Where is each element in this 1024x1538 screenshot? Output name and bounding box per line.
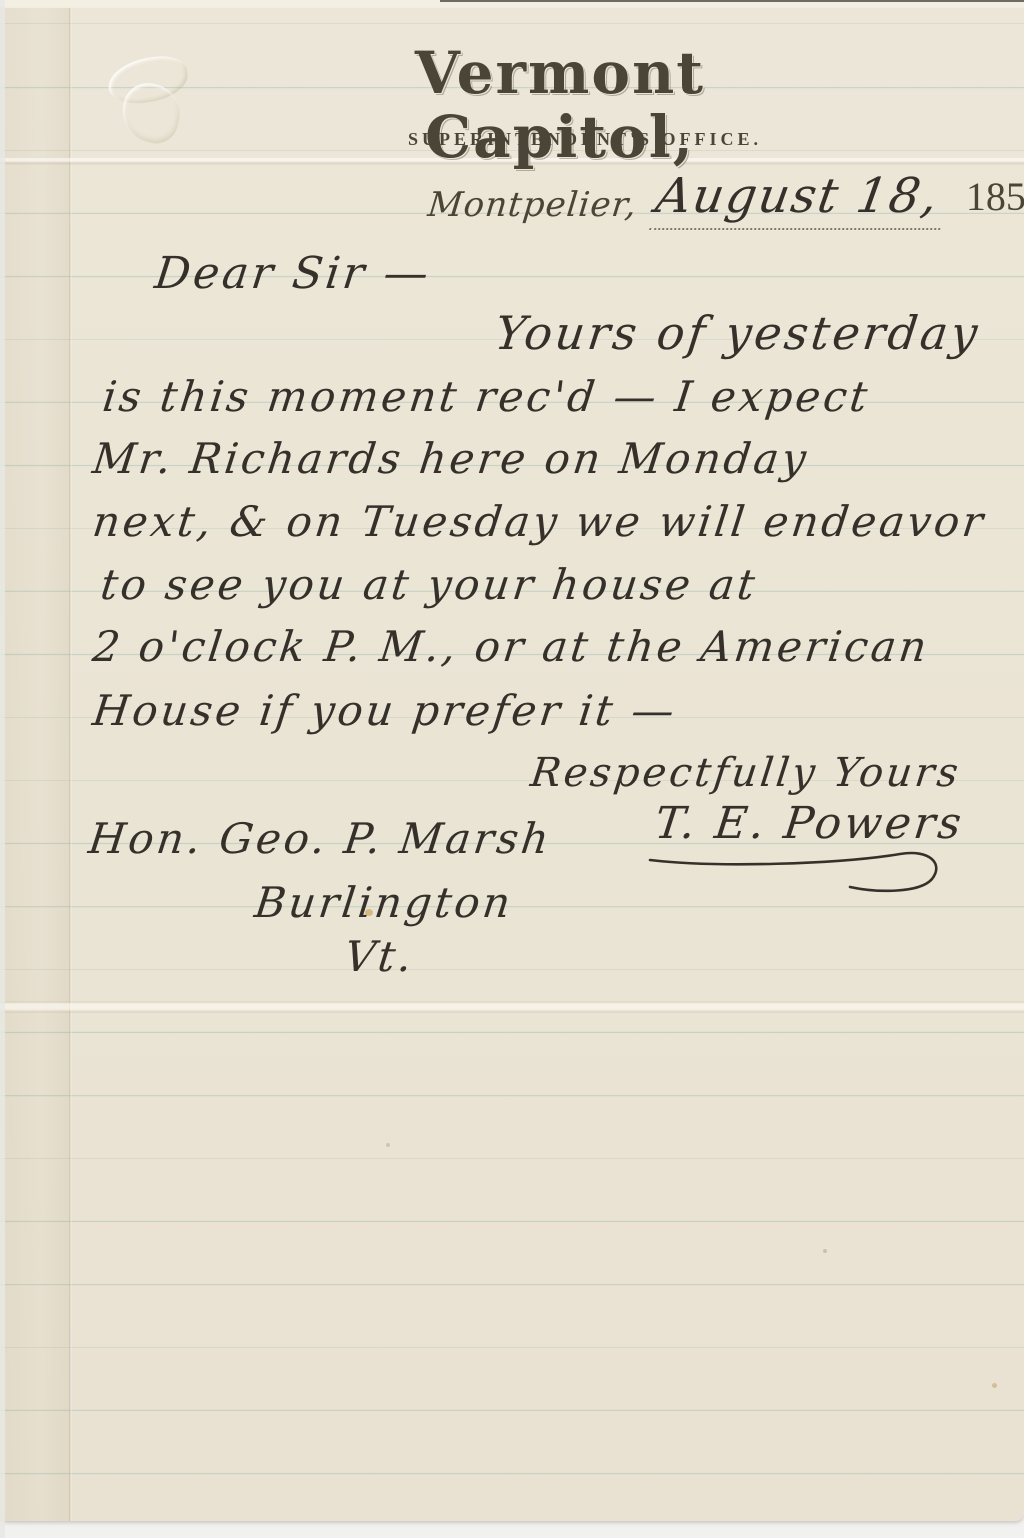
signature-flourish bbox=[638, 846, 958, 906]
paper-stain bbox=[823, 1249, 827, 1253]
dateline-date: August 18, bbox=[649, 168, 950, 230]
horizontal-fold-crease-lower bbox=[0, 1001, 1024, 1013]
dateline-year-printed: 185 bbox=[966, 173, 1024, 220]
salutation: Dear Sir — bbox=[152, 248, 434, 299]
body-line: House if you prefer it — bbox=[90, 686, 680, 735]
paper-stain bbox=[386, 1143, 390, 1147]
body-line: Mr. Richards here on Monday bbox=[90, 434, 812, 483]
scan-top-edge bbox=[440, 0, 1024, 2]
letterhead-subtitle: SUPERINTENDENT'S OFFICE. bbox=[400, 129, 770, 150]
body-line: 2 o'clock P. M., or at the American bbox=[90, 622, 932, 671]
dateline: Montpelier, August 18, 185 8 bbox=[428, 172, 1024, 234]
left-page-edge bbox=[0, 0, 5, 1538]
dateline-place: Montpelier, bbox=[426, 185, 639, 225]
embossed-seal bbox=[96, 50, 206, 155]
body-line: to see you at your house at bbox=[98, 560, 760, 609]
body-line: is this moment rec'd — I expect bbox=[100, 372, 873, 421]
body-line: Yours of yesterday bbox=[492, 306, 983, 360]
closing: Respectfully Yours bbox=[528, 750, 964, 796]
signature: T. E. Powers bbox=[652, 798, 967, 849]
recipient-line: Hon. Geo. P. Marsh bbox=[86, 814, 555, 863]
letterhead-title: Vermont Capitol, bbox=[290, 42, 830, 170]
vertical-fold-crease bbox=[69, 8, 72, 1521]
body-line: next, & on Tuesday we will endeavor bbox=[90, 497, 989, 546]
left-fold-shading bbox=[0, 8, 70, 1521]
paper-stain bbox=[992, 1383, 997, 1388]
scanned-letter: Vermont Capitol, SUPERINTENDENT'S OFFICE… bbox=[0, 0, 1024, 1538]
recipient-line: Burlington bbox=[252, 878, 516, 927]
recipient-line: Vt. bbox=[342, 932, 418, 981]
